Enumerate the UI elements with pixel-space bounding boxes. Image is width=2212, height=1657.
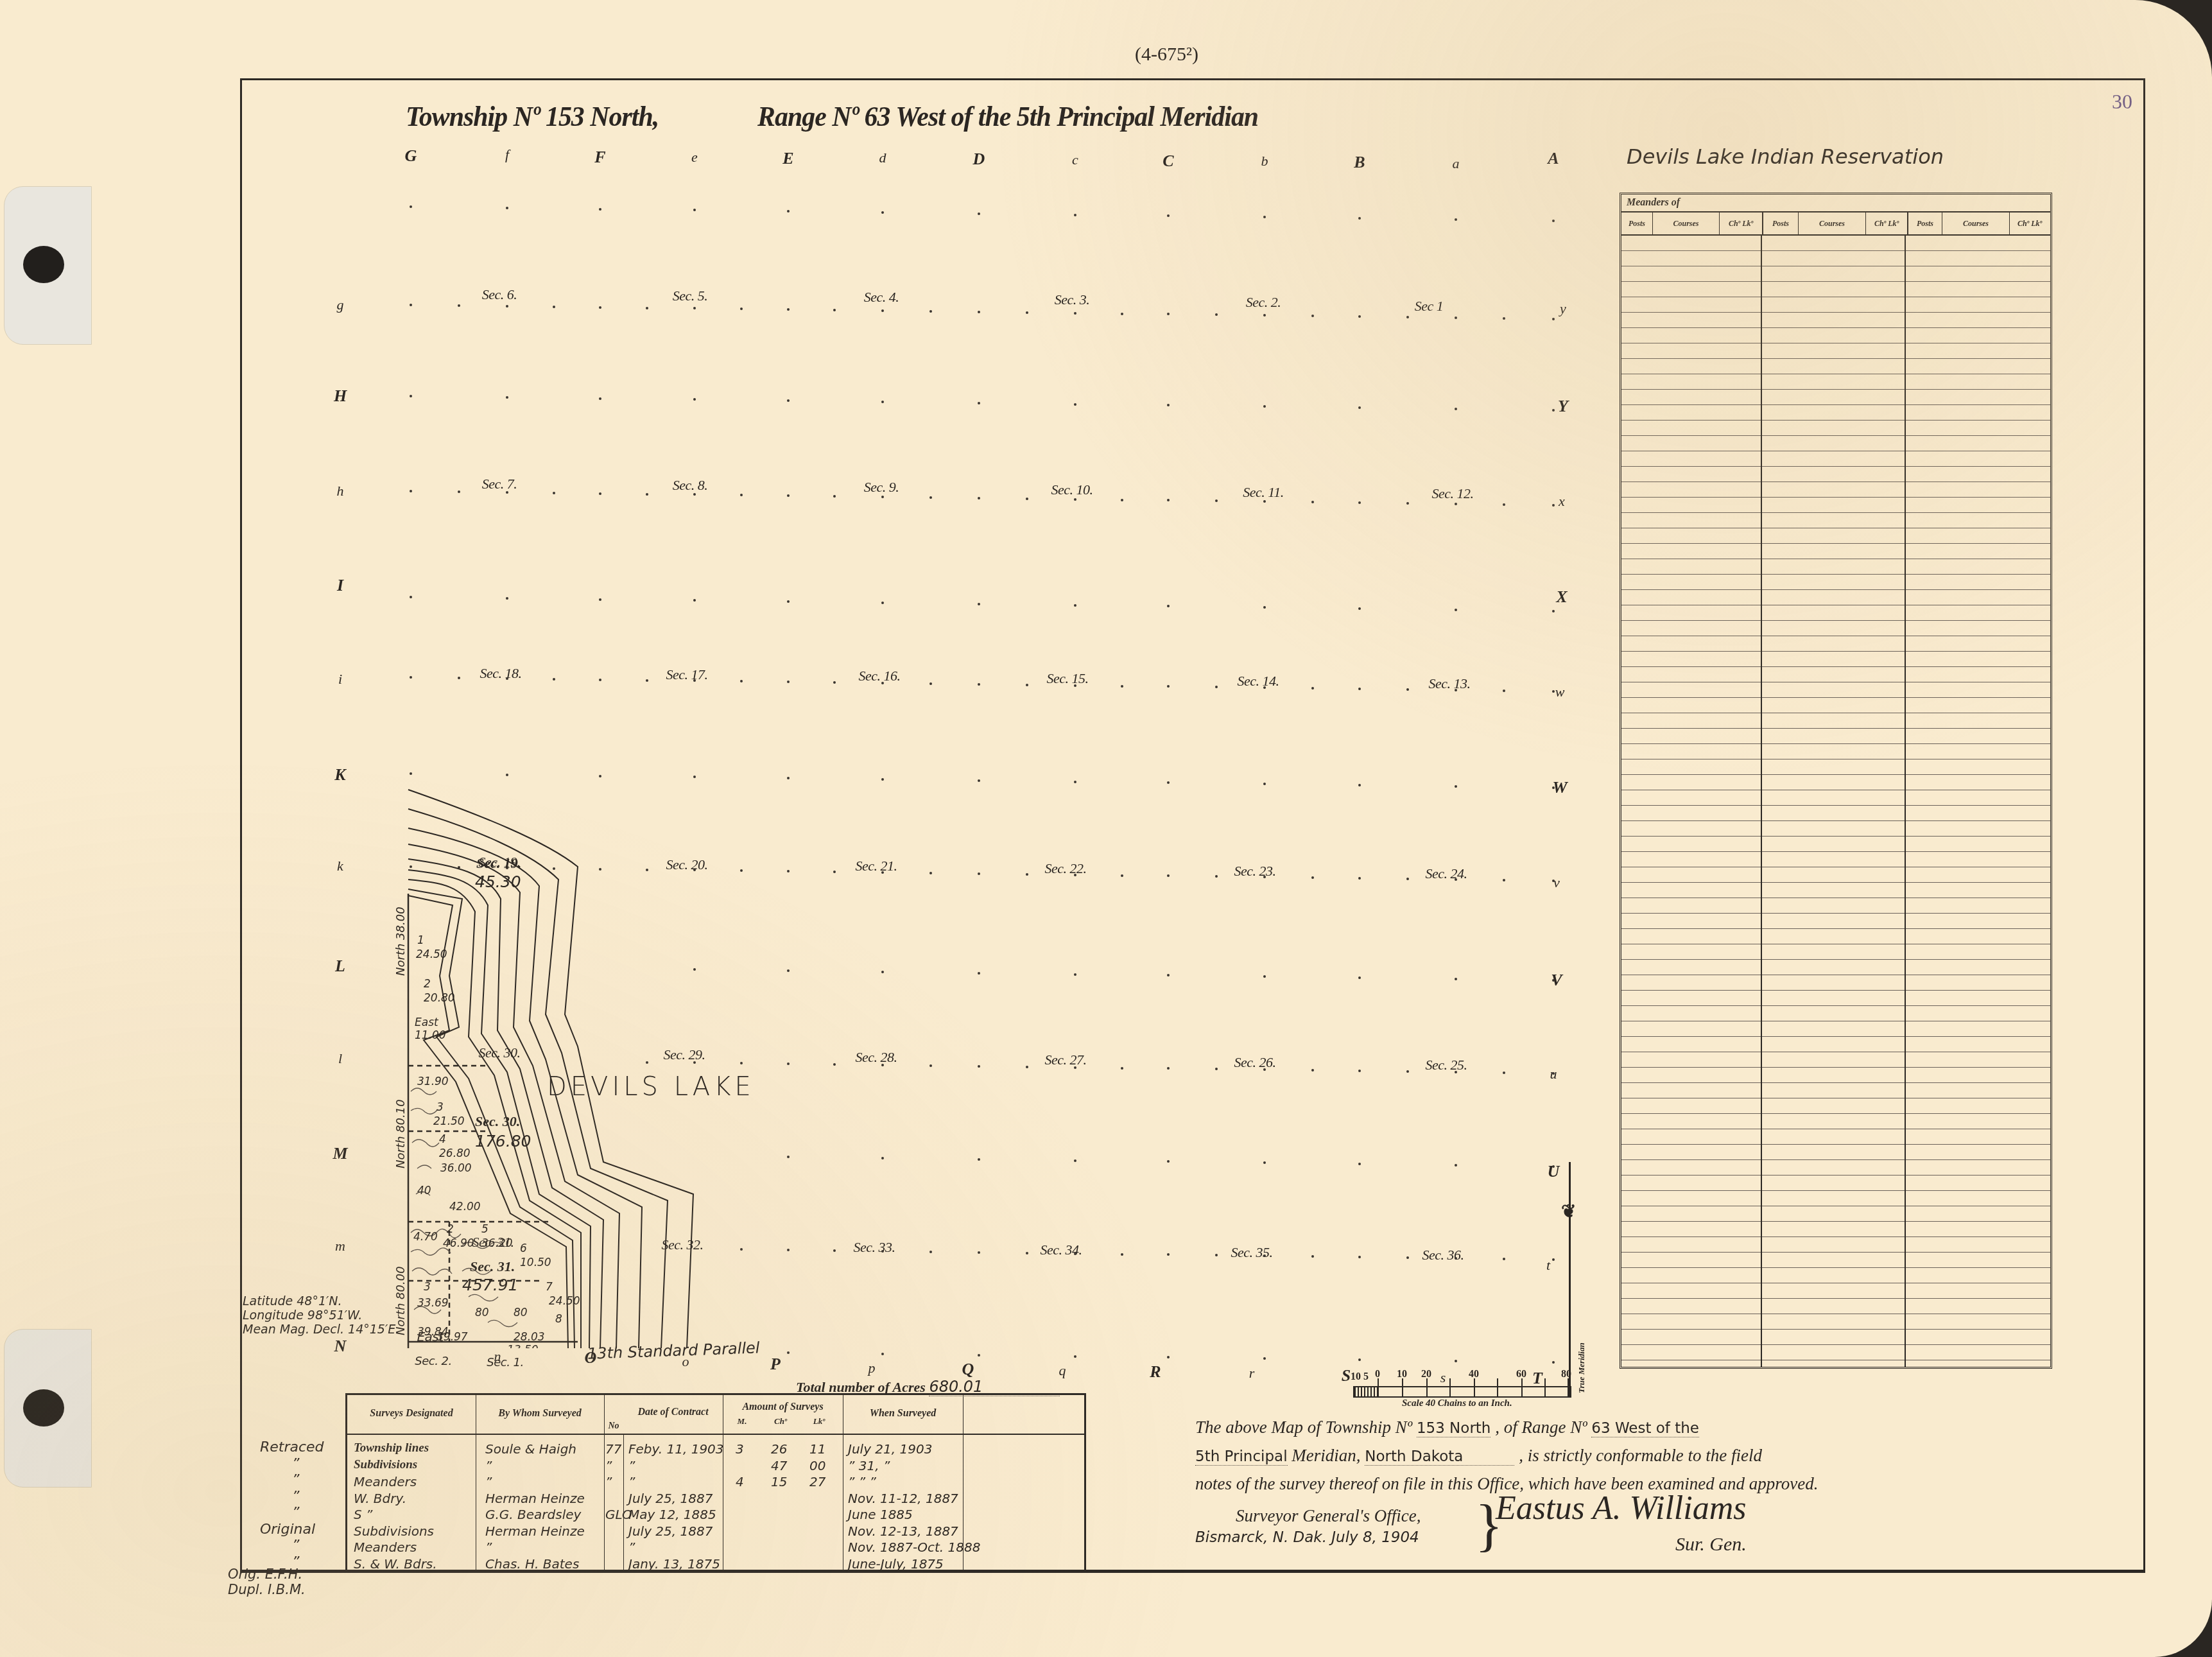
punch-hole-top (23, 246, 64, 283)
corner-letter: E (782, 149, 793, 168)
corner-marker (1358, 1163, 1361, 1165)
contract-date: July 25, 1887 (628, 1523, 713, 1539)
corner-letter: Q (962, 1360, 974, 1379)
contract-date: Jany. 13, 1875 (628, 1556, 720, 1572)
survey-status: ” (292, 1472, 299, 1488)
corner-marker (410, 395, 412, 397)
corner-letter: C (1162, 152, 1173, 171)
surveyed-by: ” (485, 1474, 492, 1489)
col-posts: Posts (1621, 213, 1653, 234)
corner-marker (881, 1064, 884, 1066)
svg-text:40: 40 (417, 1184, 431, 1197)
corner-letter: r (1249, 1365, 1255, 1382)
cert-text: , is strictly conformable to the field (1519, 1446, 1762, 1465)
svg-text:Sec. 30.: Sec. 30. (475, 1113, 520, 1129)
corner-marker (1358, 976, 1361, 979)
corner-marker (929, 310, 932, 313)
corner-marker (410, 676, 412, 679)
corner-marker (1026, 873, 1028, 876)
header-surveys-designated: Surveys Designated (347, 1408, 476, 1419)
meanders-table-title: Meanders of (1621, 195, 2050, 213)
svg-text:2: 2 (447, 1223, 454, 1236)
section-label: Sec. 17. (666, 666, 707, 683)
corner-letter: p (868, 1360, 876, 1376)
svg-text:28.03: 28.03 (514, 1331, 545, 1344)
corner-marker (978, 402, 980, 404)
corner-letter: f (505, 146, 509, 163)
corner-marker (1074, 874, 1076, 876)
surveyed-by: Herman Heinze (485, 1523, 585, 1539)
survey-designated: Meanders (354, 1474, 417, 1489)
corner-marker (929, 1251, 932, 1253)
corner-marker (978, 497, 980, 499)
scale-bar (1353, 1386, 1571, 1398)
corner-marker (1455, 689, 1457, 691)
svg-text:Sec. 31.: Sec. 31. (470, 1258, 515, 1274)
section-label: Sec. 25. (1425, 1057, 1467, 1073)
corner-marker (929, 682, 932, 685)
corner-marker (1074, 1066, 1076, 1069)
corner-marker (881, 211, 884, 214)
corner-marker (1074, 604, 1076, 607)
section-label: Sec. 2. (1246, 294, 1281, 311)
section-label: Sec. 24. (1425, 865, 1467, 882)
col-courses: Courses (1942, 213, 2010, 234)
amount-miles: 3 (736, 1441, 744, 1457)
corner-marker (1026, 1066, 1028, 1068)
corner-marker (1455, 1164, 1457, 1167)
corner-marker (881, 971, 884, 973)
section-label: Sec. 15. (1046, 670, 1088, 687)
corner-marker (1406, 316, 1409, 318)
corner-letter: I (337, 576, 343, 595)
surveyed-by: G.G. Beardsley (485, 1507, 581, 1522)
meridian-arrow-icon: ❦ (1561, 1201, 1576, 1222)
corner-letter: d (879, 150, 886, 166)
svg-text:8: 8 (555, 1313, 562, 1326)
col-chains-links: Chº Lkº (1866, 213, 1908, 234)
corner-marker (599, 679, 601, 681)
when-surveyed: Nov. 12-13, 1887 (848, 1523, 958, 1539)
corner-marker (1455, 218, 1457, 221)
corner-marker (599, 775, 601, 777)
corner-marker (1455, 978, 1457, 980)
section-label: Sec. 26. (1234, 1054, 1275, 1071)
corner-marker (1552, 880, 1555, 882)
corner-marker (1121, 1067, 1123, 1070)
amount-links: 00 (809, 1458, 825, 1473)
col-courses: Courses (1653, 213, 1720, 234)
corner-marker (978, 872, 980, 875)
section-label: Sec. 27. (1044, 1052, 1086, 1068)
corner-letter: h (337, 483, 344, 499)
column-divider (476, 1395, 605, 1570)
contract-number: 77 (605, 1441, 621, 1457)
survey-status: Retraced (260, 1439, 324, 1455)
surveyed-by: Herman Heinze (485, 1491, 585, 1506)
corner-marker (646, 307, 648, 309)
scale-tick-label: 0 (1375, 1369, 1380, 1380)
corner-marker (646, 493, 648, 496)
corner-marker (1074, 214, 1076, 216)
surveyed-by: ” (485, 1458, 492, 1473)
svg-text:33.69: 33.69 (417, 1297, 449, 1310)
corner-letter: A (1548, 149, 1559, 168)
survey-designated: S. & W. Bdrs. (354, 1556, 437, 1572)
meanders-table: Meanders of Posts Courses Chº Lkº Posts … (1620, 193, 2052, 1369)
corner-marker (881, 401, 884, 403)
svg-text:3: 3 (436, 1101, 444, 1114)
corner-letter: k (337, 858, 343, 874)
section-label: Sec. 7. (482, 476, 517, 492)
corner-marker (1406, 1070, 1409, 1073)
svg-text:45.30: 45.30 (475, 872, 521, 891)
corner-letter: e (691, 149, 698, 166)
corner-marker (929, 1064, 932, 1067)
corner-marker (881, 602, 884, 604)
when-surveyed: June-July, 1875 (848, 1556, 944, 1572)
svg-text:North 38.00: North 38.00 (394, 907, 408, 976)
corner-marker (458, 677, 460, 679)
surveyed-by: Soule & Haigh (485, 1441, 576, 1457)
svg-text:36.00: 36.00 (440, 1162, 472, 1175)
corner-marker (1455, 317, 1457, 319)
corner-marker (410, 490, 412, 492)
svg-text:80: 80 (475, 1306, 489, 1319)
header-by-whom: By Whom Surveyed (476, 1408, 604, 1419)
corner-marker (1455, 503, 1457, 505)
corner-marker (1503, 503, 1505, 506)
scale-tick-label: 5 (1363, 1371, 1369, 1383)
scale-tick-label: 10 (1351, 1371, 1361, 1383)
corner-marker (1121, 1253, 1123, 1256)
true-meridian-line (1569, 1162, 1571, 1396)
svg-text:7: 7 (546, 1281, 553, 1294)
latitude: Latitude 48°1′N. (243, 1294, 399, 1308)
contract-date: Feby. 11, 1903 (628, 1441, 724, 1457)
corner-letter: l (338, 1050, 342, 1067)
corner-letter: K (334, 765, 345, 785)
initials-block: Orig. E.F.H. Dupl. I.B.M. (228, 1566, 306, 1597)
header-miles: M. (732, 1416, 752, 1427)
corner-letter: b (1261, 153, 1268, 169)
when-surveyed: Nov. 1887-Oct. 1888 (848, 1540, 980, 1555)
col-chains-links: Chº Lkº (2010, 213, 2050, 234)
when-surveyed: ” ” ” (848, 1474, 876, 1489)
survey-designated: Subdivisions (354, 1458, 417, 1472)
meanders-table-rows (1621, 236, 2050, 1367)
corner-marker (1503, 317, 1505, 320)
survey-status: Original (260, 1522, 315, 1538)
true-meridian-label: True Meridian (1577, 1342, 1587, 1393)
corner-letter: t (1546, 1257, 1550, 1274)
corner-marker (1121, 499, 1123, 501)
corner-marker (553, 678, 555, 681)
section-label: Sec. 5. (673, 288, 708, 304)
corner-marker (1358, 315, 1361, 318)
corner-letter: F (594, 148, 605, 167)
corner-marker (1503, 690, 1505, 692)
svg-text:North 80.10: North 80.10 (394, 1099, 408, 1168)
corner-marker (1121, 685, 1123, 688)
corner-letter: D (973, 150, 985, 169)
header-date-of-contract: Date of Contract (623, 1407, 723, 1418)
when-surveyed: June 1885 (848, 1507, 913, 1522)
corner-marker (978, 1065, 980, 1068)
corner-letter: y (1560, 300, 1566, 317)
svg-text:4: 4 (439, 1133, 446, 1146)
title-township: Township Nº 153 North, (406, 100, 659, 133)
scale-tick-label: 60 (1516, 1369, 1526, 1380)
corner-marker (1026, 684, 1028, 686)
survey-designated: Meanders (354, 1540, 417, 1555)
corner-marker (1074, 498, 1076, 501)
corner-marker (978, 1251, 980, 1254)
corner-letter: s (1440, 1369, 1446, 1386)
corner-marker (929, 496, 932, 499)
col-chains-links: Chº Lkº (1720, 213, 1763, 234)
svg-text:36.20: 36.20 (481, 1237, 513, 1250)
section-label: Sec. 23. (1234, 863, 1275, 880)
header-when-surveyed: When Surveyed (843, 1408, 963, 1419)
corner-marker (458, 490, 460, 493)
corner-marker (1552, 1072, 1555, 1075)
corner-marker (1455, 878, 1457, 881)
corner-letter: H (334, 386, 347, 406)
corner-marker (978, 1354, 980, 1357)
amount-chains: 26 (771, 1441, 787, 1457)
corner-marker (1358, 688, 1361, 690)
section-label: Sec. 13. (1428, 675, 1470, 692)
corner-marker (1026, 498, 1028, 500)
corner-marker (1358, 1358, 1361, 1361)
corner-marker (1074, 1355, 1076, 1358)
col-courses: Courses (1799, 213, 1866, 234)
section-label: Sec. 12. (1431, 485, 1473, 502)
corner-marker (1074, 781, 1076, 783)
col-posts: Posts (1763, 213, 1799, 234)
corner-letter: i (338, 671, 342, 688)
svg-text:24.50: 24.50 (549, 1295, 580, 1308)
corner-letter: T (1532, 1369, 1542, 1388)
survey-designated: S ” (354, 1507, 372, 1522)
section-label: Sec. 33. (853, 1239, 895, 1256)
corner-marker (978, 603, 980, 605)
col-posts: Posts (1908, 213, 1942, 234)
title-range: Range Nº 63 West of the 5th Principal Me… (757, 100, 1258, 133)
corner-letter: x (1559, 493, 1565, 510)
contract-date: ” (628, 1474, 635, 1489)
corner-marker (1358, 1070, 1361, 1072)
svg-text:21.50: 21.50 (433, 1115, 465, 1128)
svg-text:6: 6 (520, 1242, 527, 1255)
section-label: Sec. 28. (855, 1049, 897, 1066)
corner-marker (1026, 311, 1028, 314)
header-chains: Chº (768, 1416, 793, 1427)
survey-designated: Township lines (354, 1441, 429, 1455)
corner-marker (1503, 1071, 1505, 1074)
corner-letter: S (1342, 1366, 1351, 1385)
corner-letter: L (335, 957, 345, 976)
svg-text:1: 1 (417, 934, 424, 947)
corner-marker (410, 596, 412, 598)
section-label: Sec. 22. (1044, 860, 1086, 877)
section-label: Sec. 18. (480, 665, 521, 682)
corner-marker (553, 306, 555, 308)
corner-marker (1121, 874, 1123, 877)
corner-marker (1406, 502, 1409, 505)
survey-designated: Subdivisions (354, 1523, 434, 1539)
survey-status: ” (292, 1505, 299, 1521)
lake-label: DEVILS LAKE (547, 1072, 755, 1102)
survey-status: ” (292, 1538, 299, 1554)
corner-marker (506, 305, 508, 308)
survey-designated: W. Bdry. (354, 1491, 406, 1506)
svg-text:42.00: 42.00 (449, 1201, 481, 1213)
corner-letter: B (1354, 153, 1365, 172)
section-label: Sec. 8. (673, 477, 708, 494)
corner-marker (978, 213, 980, 215)
section-label: Sec. 10. (1051, 481, 1093, 498)
corner-marker (506, 597, 508, 600)
scale-tick-label: 10 (1397, 1369, 1407, 1380)
corner-marker (1358, 217, 1361, 220)
corner-marker (978, 972, 980, 975)
corner-marker (978, 683, 980, 686)
corner-marker (1074, 1159, 1076, 1162)
amount-links: 11 (809, 1441, 825, 1457)
coordinates-block: Latitude 48°1′N. Longitude 98°51′W. Mean… (243, 1294, 399, 1337)
corner-marker (599, 208, 601, 211)
corner-marker (1552, 220, 1555, 222)
corner-letter: q (1059, 1362, 1066, 1379)
corner-marker (1503, 879, 1505, 881)
section-label: Sec. 35. (1231, 1244, 1272, 1261)
corner-marker (1074, 1253, 1076, 1255)
svg-text:3: 3 (424, 1281, 431, 1294)
longitude: Longitude 98°51′W. (243, 1308, 399, 1323)
amount-links: 27 (809, 1474, 825, 1489)
contract-number: ” (605, 1458, 612, 1473)
corner-marker (599, 492, 601, 495)
cert-meridian: 5th Principal (1195, 1448, 1288, 1466)
magnetic-declination: Mean Mag. Decl. 14°15′E. (243, 1323, 399, 1337)
svg-text:2: 2 (424, 978, 431, 991)
svg-text:4.70: 4.70 (413, 1231, 438, 1244)
corner-marker (881, 496, 884, 498)
corner-marker (1074, 312, 1076, 315)
corner-marker (1406, 1256, 1409, 1259)
corner-marker (458, 304, 460, 307)
section-label: Sec. 34. (1040, 1242, 1082, 1258)
svg-text:20.80: 20.80 (424, 992, 455, 1005)
devils-lake-shoreline-drawing: 124.50 220.80 East11.00 31.90 321.50 426… (385, 783, 822, 1348)
corner-marker (1074, 973, 1076, 976)
corner-letter: w (1555, 684, 1565, 700)
contract-number: ” (605, 1474, 612, 1489)
corner-marker (881, 1353, 884, 1355)
svg-text:176.80: 176.80 (475, 1132, 531, 1150)
corner-marker (1552, 610, 1555, 612)
svg-text:457.91: 457.91 (462, 1276, 518, 1294)
cert-text: Meridian, (1292, 1446, 1360, 1465)
section-label: Sec. 16. (858, 668, 900, 684)
corner-marker (410, 304, 412, 306)
svg-text:10.50: 10.50 (520, 1256, 551, 1269)
corner-marker (1455, 408, 1457, 410)
section-label: Sec. 3. (1055, 291, 1090, 308)
survey-status: ” (292, 1456, 299, 1472)
corner-letter: X (1556, 587, 1567, 607)
svg-text:24.50: 24.50 (416, 948, 447, 961)
scale-label: Scale 40 Chains to an Inch. (1402, 1398, 1512, 1409)
svg-text:11.00: 11.00 (415, 1029, 446, 1042)
corner-marker (881, 1157, 884, 1159)
corner-marker (1552, 786, 1555, 789)
section-label: Sec. 21. (855, 858, 897, 874)
corner-marker (1406, 878, 1409, 880)
corner-marker (1406, 688, 1409, 691)
meanders-table-header: Posts Courses Chº Lkº Posts Courses Chº … (1621, 213, 2050, 236)
section-label: Sec 1 (1415, 298, 1444, 315)
corner-letter: g (337, 297, 344, 313)
section-label: Sec. 9. (864, 479, 899, 496)
corner-marker (1358, 501, 1361, 504)
corner-marker (978, 311, 980, 313)
corner-marker (929, 872, 932, 874)
contract-date: July 25, 1887 (628, 1491, 713, 1506)
certificate-text: The above Map of Township Nº 153 North ,… (1195, 1414, 1863, 1497)
corner-marker (881, 682, 884, 684)
svg-text:5: 5 (481, 1223, 488, 1236)
svg-text:39.97: 39.97 (436, 1331, 468, 1344)
corner-marker (1552, 409, 1555, 412)
surveyed-by: Chas. H. Bates (485, 1556, 579, 1572)
corner-marker (599, 306, 601, 309)
corner-letter: Y (1558, 397, 1568, 416)
corner-marker (978, 1158, 980, 1161)
survey-status: ” (292, 1489, 299, 1505)
svg-text:46.90: 46.90 (443, 1237, 474, 1250)
corner-marker (410, 772, 412, 775)
corner-letter: N (334, 1337, 347, 1356)
svg-text:Sec. 19.: Sec. 19. (476, 855, 521, 871)
corner-marker (1026, 1252, 1028, 1254)
header-links: Lkº (806, 1416, 832, 1427)
corner-marker (1121, 313, 1123, 315)
amount-miles: 4 (736, 1474, 744, 1489)
section-label: Sec. 6. (482, 286, 517, 303)
corner-marker (881, 778, 884, 781)
signer-title: Sur. Gen. (1675, 1531, 1747, 1558)
cert-range: 63 West of the (1591, 1420, 1699, 1437)
svg-text:31.90: 31.90 (417, 1075, 449, 1088)
corner-marker (1358, 406, 1361, 409)
corner-marker (1455, 1360, 1457, 1362)
corner-marker (1552, 979, 1555, 982)
corner-marker (599, 598, 601, 601)
corner-marker (1552, 690, 1555, 693)
scale-tick-label: 20 (1421, 1369, 1431, 1380)
svg-text:80: 80 (514, 1306, 528, 1319)
svg-text:13.50: 13.50 (507, 1344, 539, 1348)
corner-marker (599, 397, 601, 400)
when-surveyed: ” 31, ” (848, 1458, 890, 1473)
corner-marker (881, 1250, 884, 1253)
corner-marker (1552, 1258, 1555, 1261)
corner-letter: a (1453, 155, 1460, 172)
amount-chains: 15 (771, 1474, 787, 1489)
